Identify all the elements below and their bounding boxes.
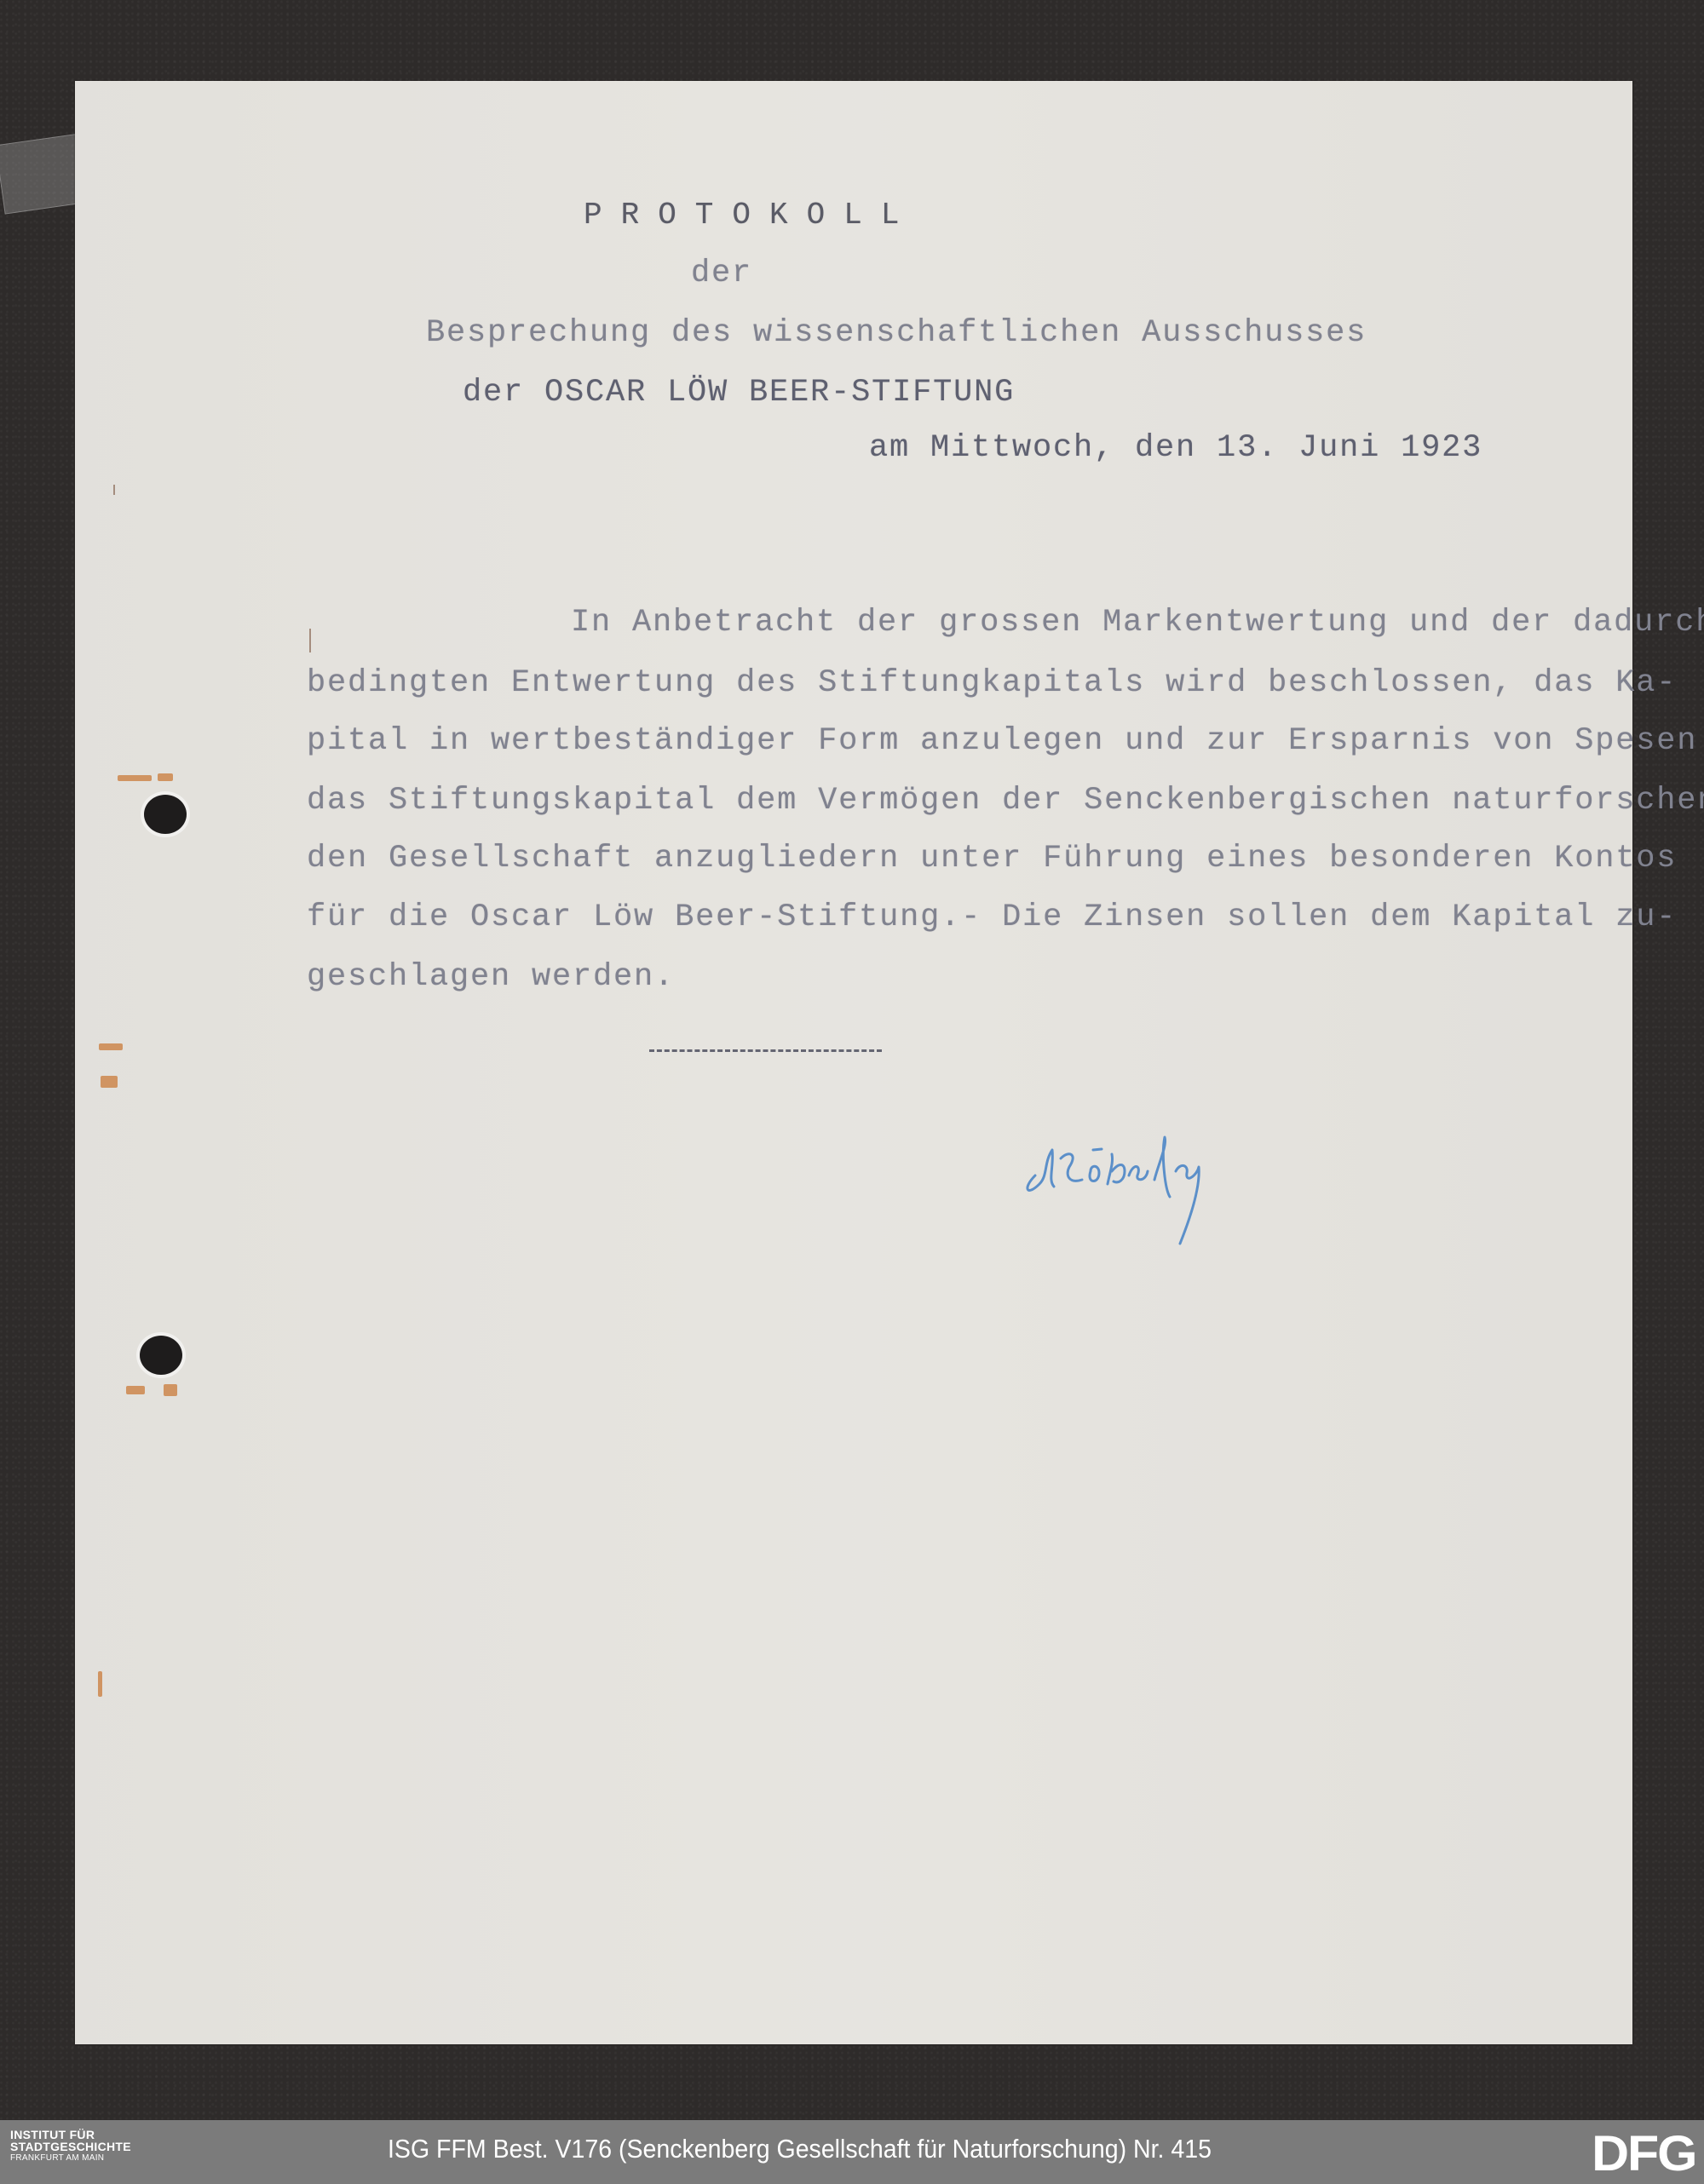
heading-date-line: am Mittwoch, den 13. Juni 1923: [869, 433, 1482, 464]
margin-mark: [113, 485, 115, 495]
rust-mark: [126, 1386, 145, 1394]
punch-hole-lower: [140, 1336, 182, 1375]
body-line-5: den Gesellschaft anzugliedern unter Führ…: [307, 843, 1677, 875]
rust-mark: [158, 773, 173, 781]
body-line-4: das Stiftungskapital dem Vermögen der Se…: [307, 785, 1704, 817]
archive-footer-bar: INSTITUT FÜR STADTGESCHICHTE FRANKFURT A…: [0, 2120, 1704, 2184]
heading-meeting-line: Besprechung des wissenschaftlichen Aussc…: [426, 318, 1367, 349]
archive-caption: ISG FFM Best. V176 (Senckenberg Gesellsc…: [388, 2132, 1212, 2166]
handwritten-signature: [1018, 1103, 1248, 1248]
rust-mark: [98, 1671, 102, 1697]
rust-mark: [99, 1043, 123, 1050]
document-title: PROTOKOLL: [584, 200, 918, 231]
institution-line-1: INSTITUT FÜR: [10, 2129, 131, 2141]
body-line-1: In Anbetracht der grossen Markentwertung…: [571, 607, 1704, 639]
document-page: PROTOKOLL der Besprechung des wissenscha…: [75, 81, 1632, 2044]
body-line-3: pital in wertbeständiger Form anzulegen …: [307, 726, 1697, 757]
heading-line-der: der: [691, 258, 752, 290]
rust-mark: [101, 1076, 118, 1088]
heading-foundation-line: der OSCAR LÖW BEER-STIFTUNG: [463, 377, 1015, 409]
rust-mark: [118, 775, 152, 781]
punch-hole-upper: [144, 795, 187, 834]
institution-logo: INSTITUT FÜR STADTGESCHICHTE FRANKFURT A…: [10, 2129, 131, 2164]
institution-line-3: FRANKFURT AM MAIN: [10, 2152, 131, 2164]
institution-line-2: STADTGESCHICHTE: [10, 2141, 131, 2152]
separator-rule: [649, 1049, 882, 1052]
body-line-6: für die Oscar Löw Beer-Stiftung.- Die Zi…: [307, 902, 1677, 934]
body-line-7: geschlagen werden.: [307, 962, 675, 993]
margin-mark: [309, 629, 311, 652]
rust-mark: [164, 1384, 177, 1396]
dfg-logo: DFG: [1592, 2130, 1695, 2178]
body-line-2: bedingten Entwertung des Stiftungkapital…: [307, 668, 1677, 699]
